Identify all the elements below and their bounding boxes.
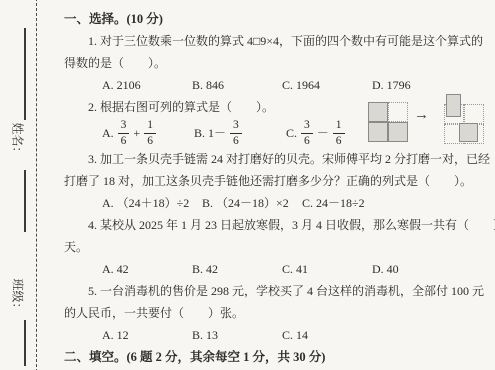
question-5-line-2: 的人民币，一共要付（ ）张。 bbox=[64, 302, 490, 324]
option-b: B. 1－ 36 bbox=[194, 119, 286, 146]
operator: － bbox=[317, 122, 329, 144]
option-a: A. （24＋18）÷2 bbox=[102, 192, 202, 214]
option-label: B. bbox=[194, 122, 205, 144]
option-b: B. 846 bbox=[192, 74, 282, 96]
removed-piece bbox=[446, 94, 461, 117]
option-b: B. 13 bbox=[192, 324, 282, 346]
option-a: A. 12 bbox=[102, 324, 192, 346]
fraction: 36 bbox=[118, 119, 130, 146]
question-2-figure: → bbox=[366, 94, 494, 148]
class-label: 班级： bbox=[10, 276, 27, 318]
option-label: A. bbox=[102, 122, 114, 144]
name-blank-line bbox=[24, 28, 26, 120]
option-a: A. 42 bbox=[102, 258, 192, 280]
question-4-options: A. 42 B. 42 C. 41 D. 40 bbox=[64, 258, 490, 280]
section-2-title: 二、填空。(6 题 2 分，其余每空 1 分，共 30 分) bbox=[64, 346, 490, 368]
option-b: B. （24－18）×2 bbox=[202, 192, 302, 214]
option-b: B. 42 bbox=[192, 258, 282, 280]
option-c: C. 1964 bbox=[282, 74, 372, 96]
fraction: 16 bbox=[333, 119, 345, 146]
option-c: C. 24－18÷2 bbox=[302, 192, 365, 214]
option-label: C. bbox=[286, 122, 297, 144]
question-4-line-1: 4. 某校从 2025 年 1 月 23 日起放寒假，3 月 4 日收假，那么寒… bbox=[64, 214, 490, 236]
middle-blank-line bbox=[24, 170, 26, 232]
question-5-line-1: 5. 一台消毒机的售价是 298 元，学校买了 4 台这样的消毒机，全部付 10… bbox=[64, 280, 490, 302]
option-c: C. 41 bbox=[282, 258, 372, 280]
shaded-cell bbox=[388, 122, 408, 142]
arrow-right-icon: → bbox=[414, 107, 429, 124]
option-d: D. 40 bbox=[372, 258, 399, 280]
option-a: A. 36 + 16 bbox=[102, 119, 194, 146]
question-4-line-2: 天。 bbox=[64, 236, 490, 258]
exam-content: 一、选择。(10 分) 1. 对于三位数乘一位数的算式 4□9×4，下面的四个数… bbox=[64, 8, 490, 368]
fraction: 36 bbox=[301, 119, 313, 146]
empty-cell bbox=[464, 104, 484, 124]
question-1-options: A. 2106 B. 846 C. 1964 D. 1796 bbox=[64, 74, 490, 96]
question-5-options: A. 12 B. 13 C. 14 bbox=[64, 324, 490, 346]
section-1-title: 一、选择。(10 分) bbox=[64, 8, 490, 30]
option-c: C. 36 － 16 bbox=[286, 119, 346, 146]
seal-dashed-line bbox=[36, 0, 37, 370]
class-blank-line bbox=[24, 320, 26, 366]
option-a: A. 2106 bbox=[102, 74, 192, 96]
empty-cell bbox=[388, 102, 408, 122]
operand: 1－ bbox=[208, 122, 226, 144]
remaining-piece bbox=[459, 123, 478, 142]
option-d: D. 1796 bbox=[372, 74, 411, 96]
question-3-line-2: 打磨了 18 对，加工这条贝壳手链他还需打磨多少分？正确的列式是（ ）。 bbox=[64, 170, 490, 192]
fraction-grid-before bbox=[368, 102, 408, 142]
shaded-cell bbox=[368, 102, 388, 122]
name-label: 姓名： bbox=[10, 120, 27, 162]
fraction: 16 bbox=[144, 119, 156, 146]
fraction: 36 bbox=[230, 119, 242, 146]
question-3-line-1: 3. 加工一条贝壳手链需 24 对打磨好的贝壳。宋师傅平均 2 分打磨一对，已经 bbox=[64, 148, 490, 170]
question-1-line-1: 1. 对于三位数乘一位数的算式 4□9×4，下面的四个数中有可能是这个算式的 bbox=[64, 30, 490, 52]
operator: + bbox=[133, 122, 140, 144]
question-1-line-2: 得数的是（ ）。 bbox=[64, 52, 490, 74]
question-3-options: A. （24＋18）÷2 B. （24－18）×2 C. 24－18÷2 bbox=[64, 192, 490, 214]
exam-paper-page: 姓名： 班级： 一、选择。(10 分) 1. 对于三位数乘一位数的算式 4□9×… bbox=[0, 0, 495, 370]
option-c: C. 14 bbox=[282, 324, 308, 346]
shaded-cell bbox=[368, 122, 388, 142]
